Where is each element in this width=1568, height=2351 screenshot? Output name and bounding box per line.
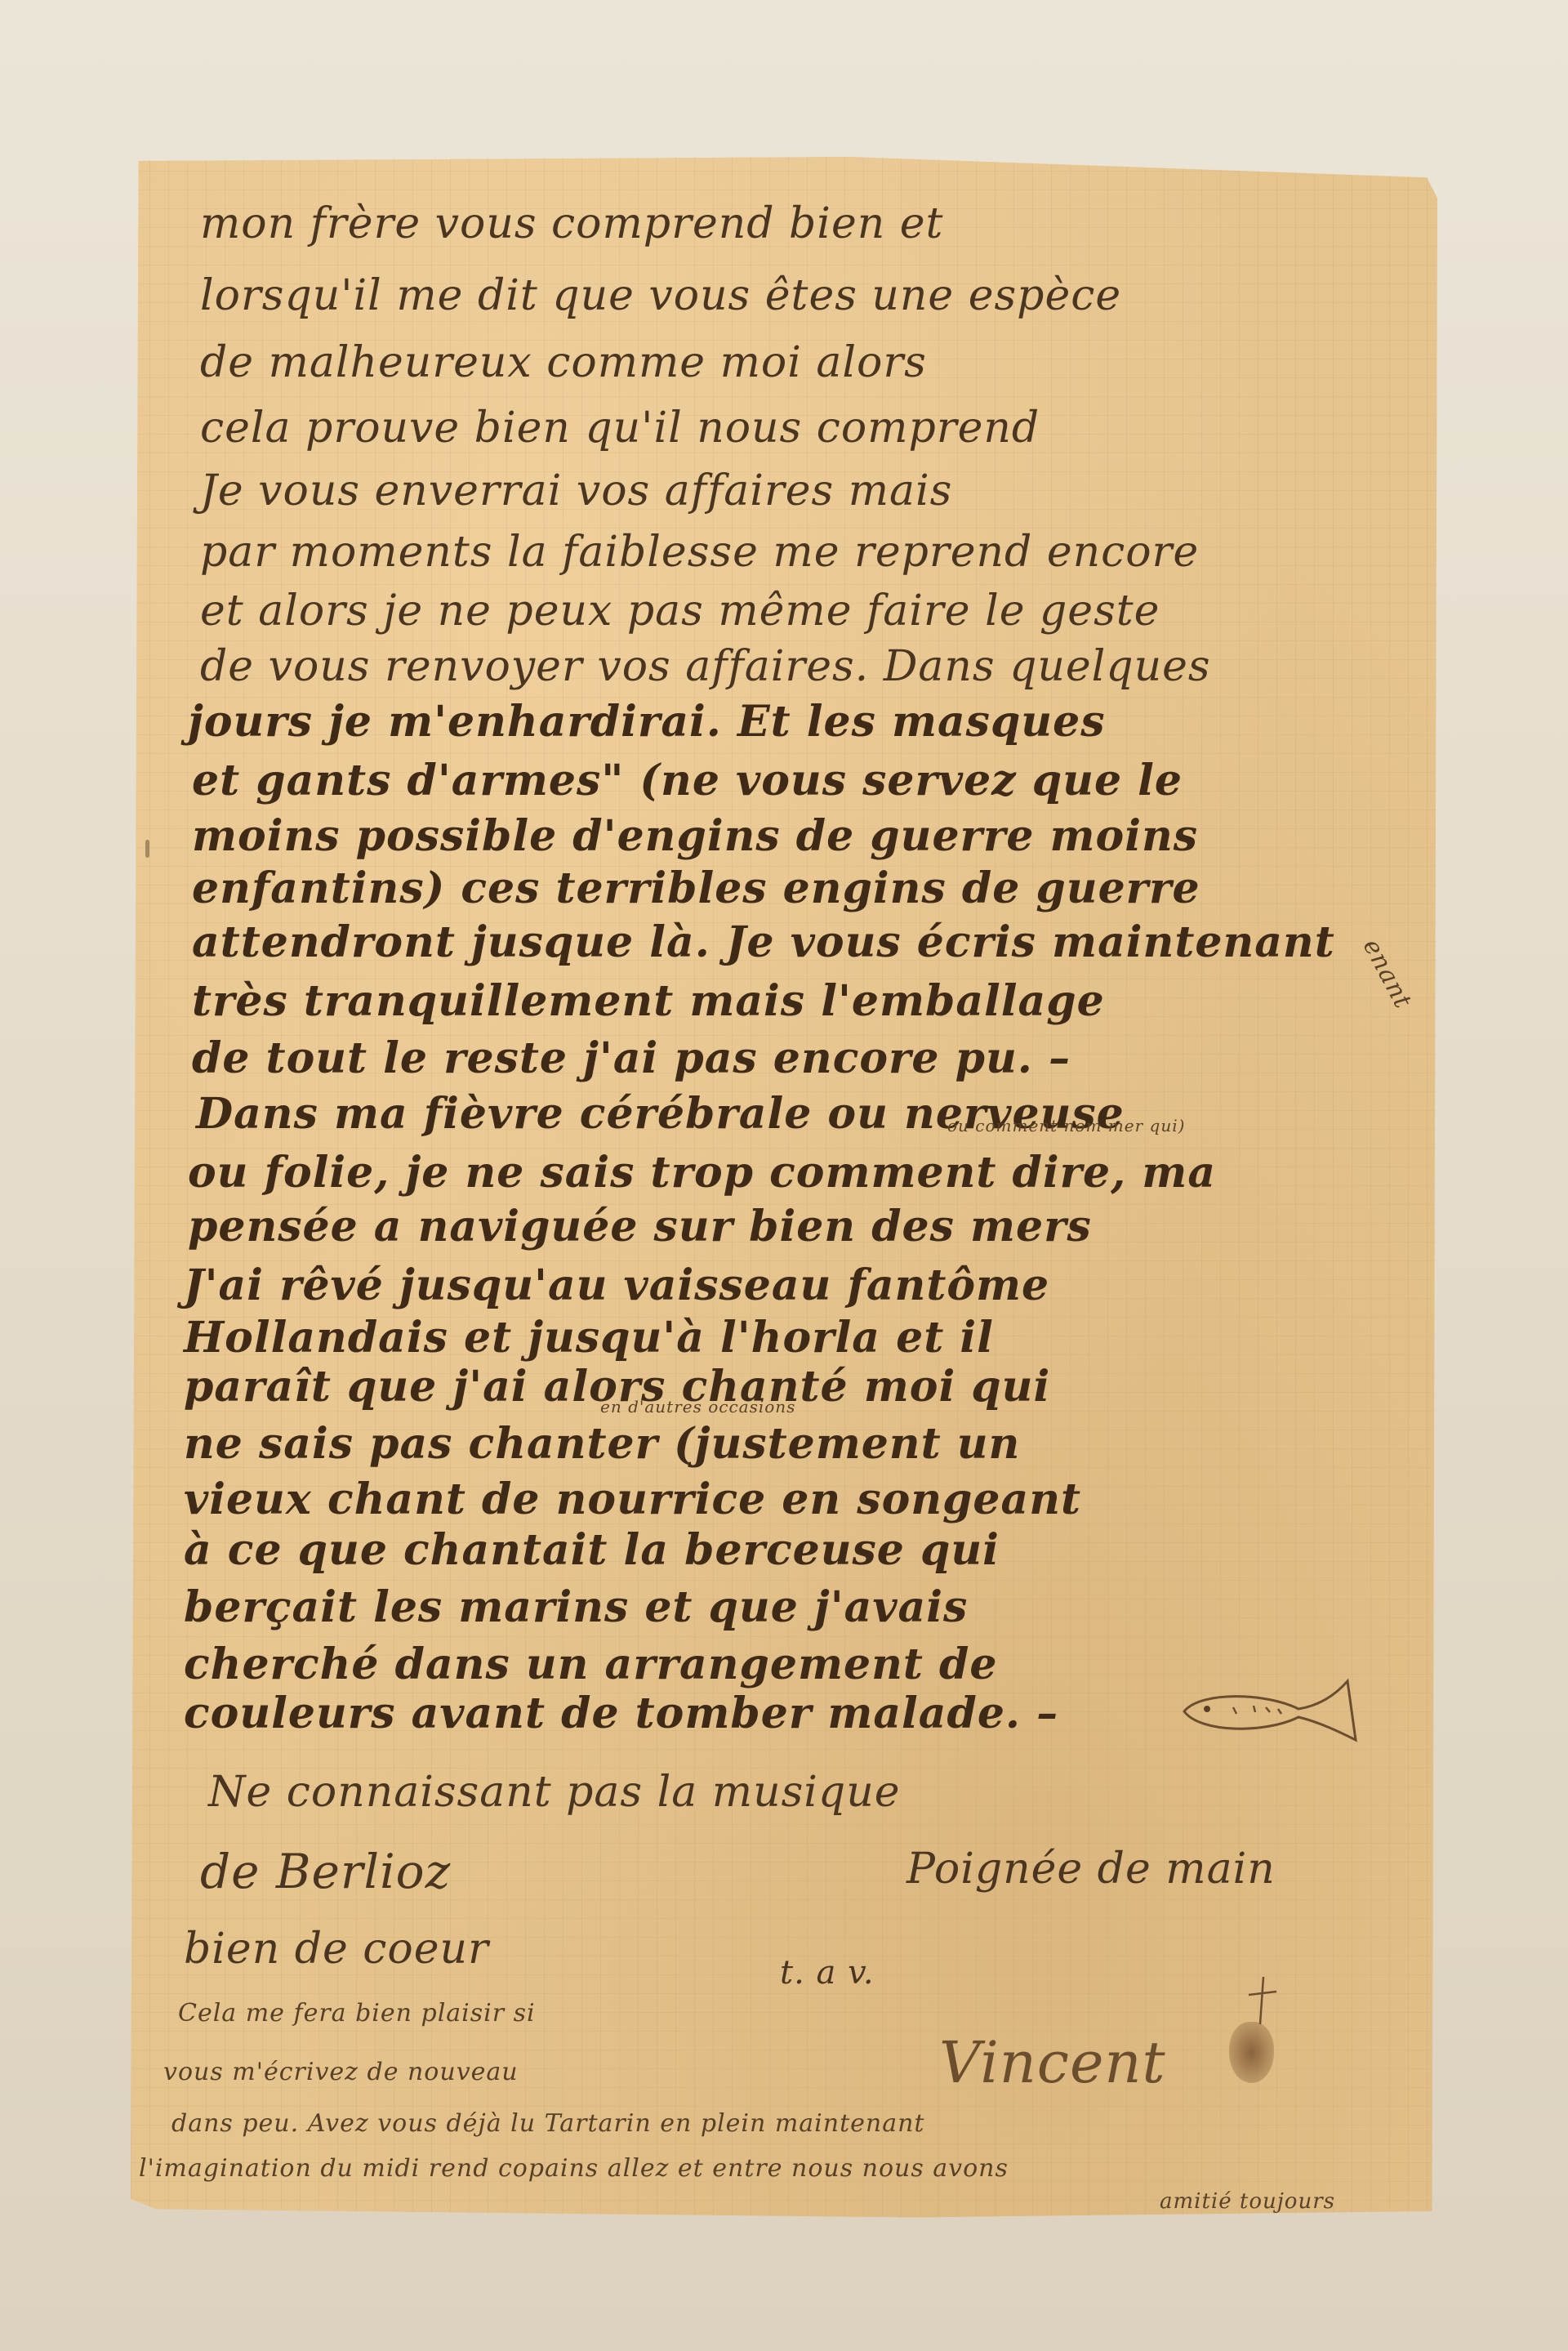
letter-line: attendront jusque là. Je vous écris main… (192, 921, 1335, 964)
letter-line: mon frère vous comprend bien et (200, 203, 943, 245)
letter-line: bien de coeur (184, 1928, 489, 1970)
letter-line: ou folie, je ne sais trop comment dire, … (188, 1152, 1216, 1194)
letter-line: pensée a naviguée sur bien des mers (188, 1206, 1092, 1248)
letter-line: et alors je ne peux pas même faire le ge… (200, 590, 1160, 632)
interlinear-note: en d'autres occasions (600, 1399, 795, 1415)
postscript-line: amitié toujours (1160, 2191, 1335, 2212)
letter-line: Ne connaissant pas la musique (208, 1771, 900, 1813)
letter-line: J'ai rêvé jusqu'au vaisseau fantôme (184, 1265, 1049, 1307)
letter-line: cherché dans un arrangement de (184, 1644, 997, 1686)
postscript-line: dans peu. Avez vous déjà lu Tartarin en … (171, 2112, 924, 2136)
postscript-line: l'imagination du midi rend copains allez… (139, 2157, 1009, 2181)
letter-line: Hollandais et jusqu'à l'horla et il (184, 1317, 994, 1359)
interlinear-note: ou comment nom mer qui) (947, 1118, 1185, 1134)
letter-line: enfantins) ces terribles engins de guerr… (192, 868, 1200, 910)
closing-initials: t. a v. (780, 1956, 875, 1989)
margin-mark (145, 840, 149, 858)
letter-line: Poignée de main (906, 1848, 1276, 1890)
letter-line: cela prouve bien qu'il nous comprend (200, 407, 1040, 449)
cross-mark-icon (1245, 1977, 1278, 2026)
letter-line: de tout le reste j'ai pas encore pu. – (192, 1037, 1071, 1080)
letter-line: berçait les marins et que j'avais (184, 1586, 968, 1629)
letter-line: à ce que chantait la berceuse qui (184, 1529, 1000, 1572)
letter-line: ne sais pas chanter (justement un (184, 1423, 1020, 1465)
postscript-line: Cela me fera bien plaisir si (178, 2001, 536, 2026)
letter-line: vieux chant de nourrice en songeant (184, 1479, 1081, 1521)
letter-line: Je vous enverrai vos affaires mais (200, 470, 952, 512)
letter-line: par moments la faiblesse me reprend enco… (200, 531, 1199, 573)
letter-line: moins possible d'engins de guerre moins (192, 815, 1198, 858)
ink-stain (1229, 2022, 1274, 2083)
letter-line: couleurs avant de tomber malade. – (184, 1693, 1058, 1735)
letter-line: et gants d'armes" (ne vous servez que le (192, 760, 1183, 802)
letter-line: jours je m'enhardirai. Et les masques (188, 701, 1105, 743)
signature: Vincent (939, 2034, 1166, 2091)
letter-line: lorsqu'il me dit que vous êtes une espèc… (200, 274, 1121, 317)
postscript-line: vous m'écrivez de nouveau (163, 2060, 519, 2085)
fish-drawing-icon (1176, 1675, 1364, 1748)
letter-line: de Berlioz (200, 1848, 451, 1895)
letter-line: très tranquillement mais l'emballage (192, 980, 1105, 1023)
letter-line: de malheureux comme moi alors (200, 341, 927, 384)
letter-line: de vous renvoyer vos affaires. Dans quel… (200, 645, 1211, 688)
